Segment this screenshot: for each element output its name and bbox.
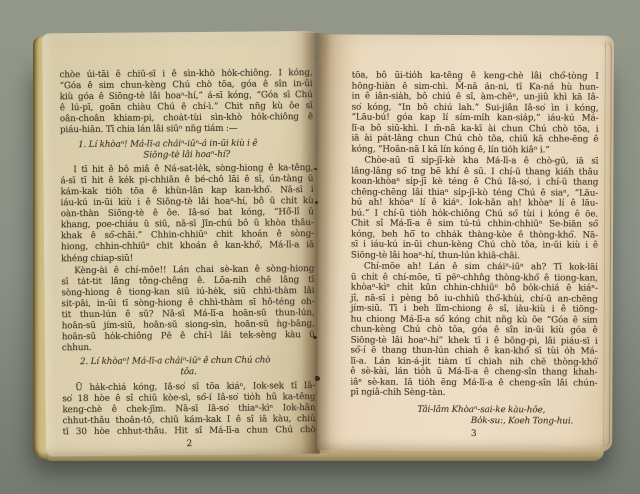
text-line: kóng, “Hoān-nā I kā lín kóng ê, lín tio̍… <box>351 144 598 156</box>
text-line: ê sè-kài, lán tio̍h ū Má-lī-a ê cheng-sî… <box>350 366 597 378</box>
text-line: Chòe-aū tī si̍p-jī-kè kha Má-lī-a ê chò-… <box>351 156 598 168</box>
text-line: Siōng-tè lâi hoaⁿ-hí? <box>60 149 313 162</box>
page-number: 3 <box>350 428 597 440</box>
text-line: tōa. <box>62 366 315 379</box>
section-heading: 1. Lí khòaⁿ! Má-lī-a cháiⁿ-iūⁿ-á in-ūi k… <box>60 138 313 162</box>
right-page-text: tōa, bô ūi-tio̍h ka-têng ê keng-chè lâi … <box>350 71 599 440</box>
paragraph: chòe úi-tāi ê chiū-sī i ê sìn-khò ho̍k-c… <box>59 68 313 137</box>
text-line: Bo̍k-su:, Koeh Tong-hui. <box>350 415 597 427</box>
left-page: chòe úi-tāi ê chiū-sī i ê sìn-khò ho̍k-c… <box>42 31 320 456</box>
text-line: piáu-hiān. Tī chia lán lâi siūⁿ nn̄g tiá… <box>60 124 313 137</box>
text-line: chun-kèng Chú chò tōa, góa ê sîn in-ūi k… <box>351 324 598 336</box>
paragraph: I tī hit ê bô miâ ê Ná-sat-le̍k, sòng-hi… <box>60 163 314 265</box>
page-number: 2 <box>63 438 316 451</box>
paragraph: Kèng-ài ê chí-mōe!! Lán chai sè-kan ê sò… <box>61 264 315 355</box>
paragraph: Ū ha̍k-chiá kóng, Iâ-so͘ sī tōa kiáⁿ, Io… <box>62 381 315 439</box>
book-scan-scene: chòe úi-tāi ê chiū-sī i ê sìn-khò ho̍k-c… <box>0 0 640 494</box>
section-heading: 2. Lí khòaⁿ! Má-lī-a cháiⁿ-iūⁿ ê chun Ch… <box>62 355 315 379</box>
text-line: sī i iáu-kú in-ūi chun-kèng Chú chò tōa,… <box>351 240 598 252</box>
text-line: hiong, chhin-chhiūⁿ chit khoán ê kan-khó… <box>61 240 314 253</box>
text-line: tī 30 hòe chhut-thâu. Hit sî Má-lī-a chu… <box>63 425 316 438</box>
text-line: Chí-mōe ah! Lán ê sim cháiⁿ-iūⁿ ah? Tī k… <box>351 262 598 274</box>
text-line: koan-khòaⁿ si̍p-jī kè téng ê Chú Iâ-so͘,… <box>351 177 598 189</box>
text-line: Chit sî Má-lī-a ê sim tú-tú chhin-chhiūⁿ… <box>351 219 598 231</box>
left-page-text: chòe úi-tāi ê chiū-sī i ê sìn-khò ho̍k-c… <box>59 68 315 451</box>
text-line: in ê iân-sia̍h, bô chiú ê sî, àm-chēⁿ, u… <box>352 92 599 104</box>
text-line: jím-siū. Tī i beh lîm-chiong ê sî, iàu-k… <box>351 303 598 315</box>
text-line: iā ài pa̍t-lâng chun Chú chò tōa, chiū k… <box>351 134 598 146</box>
signature: Tâi-lâm Khòaⁿ-sai-ke kàu-hōe,Bo̍k-su:, K… <box>350 404 597 427</box>
text-line: khòaⁿ-kìⁿ chi̍t kûn chhin-chhiūⁿ bô bo̍k… <box>351 283 598 295</box>
binding-speck <box>315 376 320 381</box>
text-line: bú ah! khòaⁿ lí ê kiáⁿ. Iok-hān ah! khòa… <box>351 198 598 210</box>
paragraph: Chòe-aū tī si̍p-jī-kè kha Má-lī-a ê chò-… <box>351 156 598 262</box>
text-line: khéng chiap-siū! <box>61 252 314 265</box>
text-line: chhun. <box>62 341 315 354</box>
text-line: pī ngiâ-chih Sèng-tàn. <box>350 387 597 399</box>
text-line: tōa, bô ūi-tio̍h ka-têng ê keng-chè lâi … <box>352 71 599 83</box>
binding-speck <box>314 168 317 170</box>
binding-speck <box>313 336 317 339</box>
paragraph: Chí-mōe ah! Lán ê sim cháiⁿ-iūⁿ ah? Tī k… <box>350 262 598 400</box>
paragraph: tōa, bô ūi-tio̍h ka-têng ê keng-chè lâi … <box>351 71 598 156</box>
text-line: “Lāu-bú! góa kap lí sím-mi̍h kan-sia̍p,”… <box>352 113 599 125</box>
binding-speck <box>315 201 318 204</box>
text-line: Siōng-tè lâi hoaⁿ-hí, thun-lún khiā-chāi… <box>351 250 598 262</box>
text-line: só͘-í ē thang thun-lún chiah ê kan-khó͘ … <box>351 345 598 357</box>
right-page: tōa, bô ūi-tio̍h ka-têng ê keng-chè lâi … <box>317 34 614 451</box>
